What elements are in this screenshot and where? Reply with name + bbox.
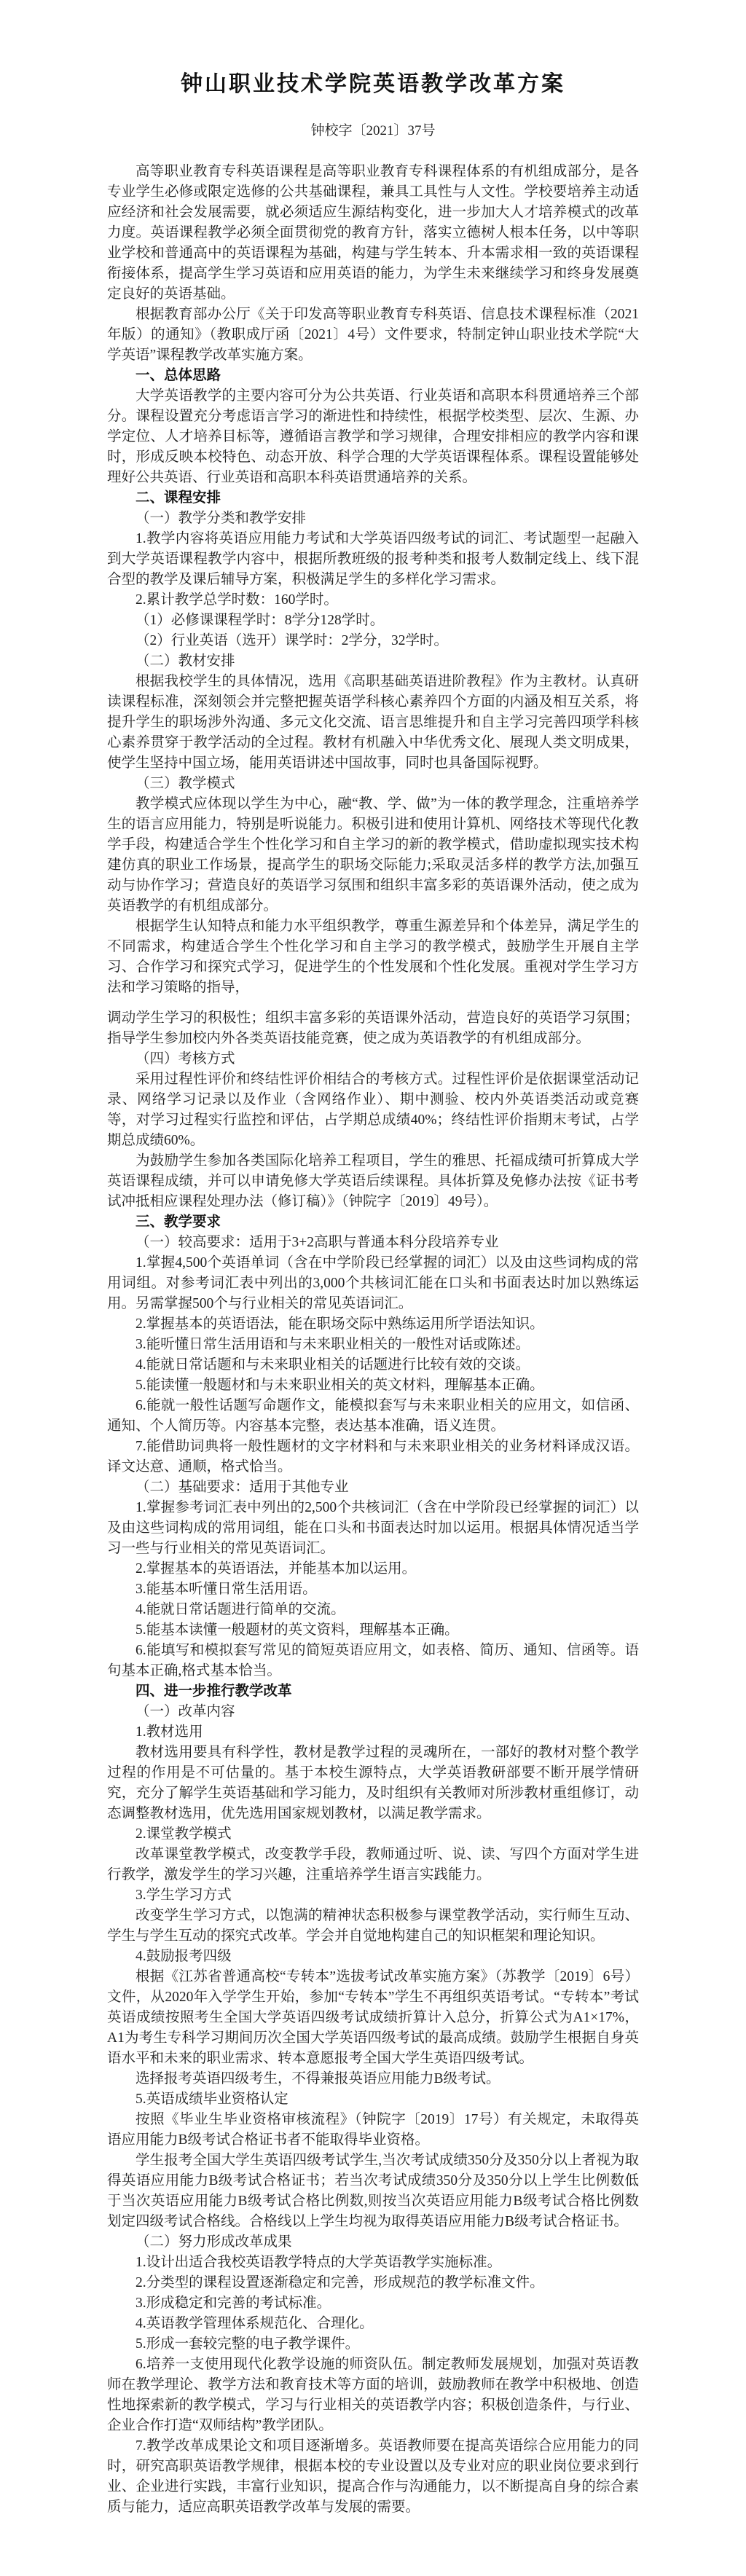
paragraph: 教学模式应体现以学生为中心，融“教、学、做”为一体的教学理念，注重培养学生的语言… — [107, 794, 639, 916]
paragraph: 高等职业教育专科英语课程是高等职业教育专科课程体系的有机组成部分，是各专业学生必… — [107, 162, 639, 305]
document-body: 高等职业教育专科英语课程是高等职业教育专科课程体系的有机组成部分，是各专业学生必… — [107, 162, 639, 2518]
paragraph: 3.能听懂日常生活用语和与未来职业相关的一般性对话或陈述。 — [107, 1335, 639, 1355]
paragraph: 2.分类型的课程设置逐渐稳定和完善，形成规范的教学标准文件。 — [107, 2273, 639, 2293]
subsection-heading: （四）考核方式 — [107, 1049, 639, 1069]
paragraph: 教材选用要具有科学性，教材是教学过程的灵魂所在，一部好的教材对整个教学过程的作用… — [107, 1743, 639, 1824]
paragraph: 改革课堂教学模式，改变教学手段，教师通过听、说、读、写四个方面对学生进行教学，激… — [107, 1845, 639, 1885]
document-page: 钟山职业技术学院英语教学改革方案 钟校字〔2021〕37号 高等职业教育专科英语… — [0, 0, 746, 2576]
paragraph: 1.掌握4,500个英语单词（含在中学阶段已经掌握的词汇）以及由这些词构成的常用… — [107, 1253, 639, 1314]
paragraph: 大学英语教学的主要内容可分为公共英语、行业英语和高职本科贯通培养三个部分。课程设… — [107, 386, 639, 488]
paragraph: 4.英语教学管理体系规范化、合理化。 — [107, 2314, 639, 2334]
paragraph: 1.教材选用 — [107, 1722, 639, 1743]
paragraph: 3.形成稳定和完善的考试标准。 — [107, 2293, 639, 2314]
paragraph: 4.鼓励报考四级 — [107, 1947, 639, 1967]
document-title: 钟山职业技术学院英语教学改革方案 — [107, 71, 639, 98]
subsection-heading: （一）较高要求：适用于3+2高职与普通本科分段培养专业 — [107, 1233, 639, 1253]
paragraph: 2.课堂教学模式 — [107, 1824, 639, 1845]
paragraph: 4.能就日常话题进行简单的交流。 — [107, 1600, 639, 1620]
paragraph: 改变学生学习方式，以饱满的精神状态积极参与课堂教学活动，实行师生互动、学生与学生… — [107, 1906, 639, 1947]
section-heading: 一、总体思路 — [107, 366, 639, 386]
section-heading: 三、教学要求 — [107, 1212, 639, 1233]
paragraph: （1）必修课课程学时：8学分128学时。 — [107, 610, 639, 631]
paragraph: 根据学生认知特点和能力水平组织教学，尊重生源差异和个体差异，满足学生的不同需求，… — [107, 916, 639, 998]
section-heading: 二、课程安排 — [107, 488, 639, 508]
paragraph: 根据我校学生的具体情况，选用《高职基础英语进阶教程》作为主教材。认真研读课程标准… — [107, 672, 639, 774]
subsection-heading: （三）教学模式 — [107, 774, 639, 794]
paragraph: 5.能读懂一般题材和与未来职业相关的英文材料，理解基本正确。 — [107, 1375, 639, 1396]
subsection-heading: （二）努力形成改革成果 — [107, 2232, 639, 2253]
paragraph: 2.掌握基本的英语语法，能在职场交际中熟练运用所学语法知识。 — [107, 1314, 639, 1335]
subsection-heading: （一）教学分类和教学安排 — [107, 508, 639, 529]
paragraph: 5.能基本读懂一般题材的英文资料，理解基本正确。 — [107, 1620, 639, 1641]
paragraph: 6.能填写和模拟套写常见的简短英语应用文，如表格、简历、通知、信函等。语句基本正… — [107, 1641, 639, 1681]
document-number: 钟校字〔2021〕37号 — [107, 122, 639, 140]
paragraph: 4.能就日常话题和与未来职业相关的话题进行比较有效的交谈。 — [107, 1355, 639, 1375]
paragraph: 采用过程性评价和终结性评价相结合的考核方式。过程性评价是依据课堂活动记录、网络学… — [107, 1069, 639, 1151]
subsection-heading: （一）改革内容 — [107, 1702, 639, 1722]
paragraph: 3.学生学习方式 — [107, 1885, 639, 1906]
paragraph: 根据教育部办公厅《关于印发高等职业教育专科英语、信息技术课程标准（2021年版）… — [107, 305, 639, 366]
paragraph: 2.累计教学总学时数：160学时。 — [107, 590, 639, 610]
paragraph: 5.英语成绩毕业资格认定 — [107, 2089, 639, 2110]
paragraph: 7.能借助词典将一般性题材的文字材料和与未来职业相关的业务材料译成汉语。译文达意… — [107, 1437, 639, 1477]
paragraph: 选择报考英语四级考生，不得兼报英语应用能力B级考试。 — [107, 2069, 639, 2089]
paragraph: 学生报考全国大学生英语四级考试学生,当次考试成绩350分及350分以上者视为取得… — [107, 2151, 639, 2232]
paragraph: 1.教学内容将英语应用能力考试和大学英语四级考试的词汇、考试题型一起融入到大学英… — [107, 529, 639, 590]
paragraph: 1.掌握参考词汇表中列出的2,500个共核词汇（含在中学阶段已经掌握的词汇）以及… — [107, 1498, 639, 1559]
paragraph-continuation: 调动学生学习的积极性；组织丰富多彩的英语课外活动，营造良好的英语学习氛围；指导学… — [107, 1008, 639, 1049]
paragraph: 为鼓励学生参加各类国际化培养工程项目，学生的雅思、托福成绩可折算成大学英语课程成… — [107, 1151, 639, 1212]
paragraph: 1.设计出适合我校英语教学特点的大学英语教学实施标准。 — [107, 2253, 639, 2273]
paragraph: 6.能就一般性话题写命题作文，能模拟套写与未来职业相关的应用文，如信函、通知、个… — [107, 1396, 639, 1437]
paragraph: 6.培养一支使用现代化教学设施的师资队伍。制定教师发展规划，加强对英语教师在教学… — [107, 2355, 639, 2436]
subsection-heading: （二）基础要求：适用于其他专业 — [107, 1477, 639, 1498]
paragraph: 根据《江苏省普通高校“专转本”选拔考试改革实施方案》（苏教学〔2019〕6号）文… — [107, 1967, 639, 2069]
paragraph: 3.能基本听懂日常生活用语。 — [107, 1579, 639, 1600]
paragraph: 7.教学改革成果论文和项目逐渐增多。英语教师要在提高英语综合应用能力的同时，研究… — [107, 2436, 639, 2518]
section-heading: 四、进一步推行教学改革 — [107, 1681, 639, 1702]
paragraph: 按照《毕业生毕业资格审核流程》（钟院字〔2019〕17号）有关规定，未取得英语应… — [107, 2110, 639, 2151]
paragraph: 2.掌握基本的英语语法，并能基本加以运用。 — [107, 1559, 639, 1579]
subsection-heading: （二）教材安排 — [107, 651, 639, 672]
paragraph: 5.形成一套较完整的电子教学课件。 — [107, 2334, 639, 2355]
paragraph: （2）行业英语（选开）课学时：2学分，32学时。 — [107, 631, 639, 651]
